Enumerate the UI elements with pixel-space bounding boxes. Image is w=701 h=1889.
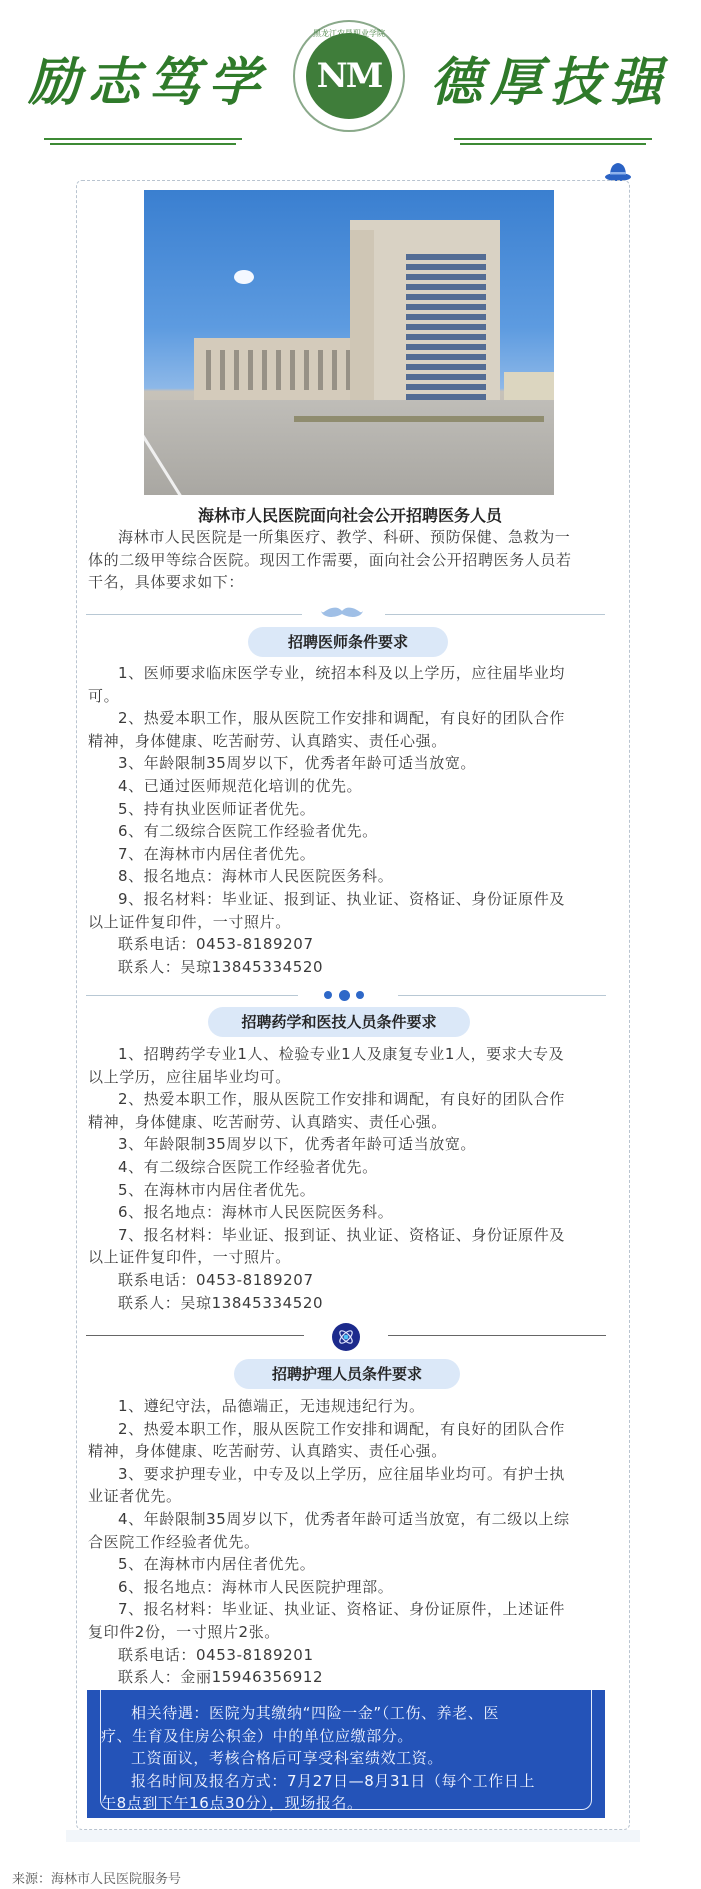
logo-ring-text: 黑龙江农垦职业学院	[295, 28, 403, 39]
requirement-line: 2、热爱本职工作，服从医院工作安排和调配，有良好的团队合作	[88, 707, 620, 730]
section-divider-right	[398, 995, 606, 996]
requirement-line: 5、在海林市内居住者优先。	[88, 1553, 620, 1576]
requirement-line: 1、医师要求临床医学专业，统招本科及以上学历，应往届毕业均	[88, 662, 620, 685]
benefit-line: 工资面议，考核合格后可享受科室绩效工资。	[101, 1747, 591, 1770]
requirement-line: 5、在海林市内居住者优先。	[88, 1179, 620, 1202]
atom-icon	[332, 1323, 360, 1351]
contact-person: 联系人：金丽15946356912	[88, 1666, 620, 1689]
section-divider-right	[388, 1335, 606, 1336]
requirement-line: 以上证件复印件，一寸照片。	[88, 1246, 620, 1269]
logo-letters: NM	[317, 56, 382, 96]
source-credit: 来源：海林市人民医院服务号	[12, 1868, 181, 1887]
header-banner: 励志笃学 黑龙江农垦职业学院 NM 德厚技强	[0, 0, 701, 130]
section-heading-pharmacy: 招聘药学和医技人员条件要求	[208, 1007, 470, 1037]
benefit-line: 相关待遇：医院为其缴纳“四险一金”（工伤、养老、医	[101, 1702, 591, 1725]
requirement-line: 2、热爱本职工作，服从医院工作安排和调配，有良好的团队合作	[88, 1418, 620, 1441]
requirement-line: 7、报名材料：毕业证、报到证、执业证、资格证、身份证原件及	[88, 1224, 620, 1247]
intro-line: 海林市人民医院是一所集医疗、教学、科研、预防保健、急救为一	[88, 526, 620, 549]
requirement-line: 可。	[88, 685, 620, 708]
requirement-line: 3、年龄限制35周岁以下，优秀者年龄可适当放宽。	[88, 752, 620, 775]
requirement-line: 3、要求护理专业，中专及以上学历，应往届毕业均可。有护士执	[88, 1463, 620, 1486]
requirement-line: 以上证件复印件，一寸照片。	[88, 911, 620, 934]
contact-person: 联系人：吴琼13845334520	[88, 1292, 620, 1315]
contact-phone: 联系电话：0453-8189201	[88, 1644, 620, 1667]
motto-left: 励志笃学	[28, 40, 268, 115]
contact-phone: 联系电话：0453-8189207	[88, 933, 620, 956]
requirement-line: 6、报名地点：海林市人民医院护理部。	[88, 1576, 620, 1599]
requirement-line: 8、报名地点：海林市人民医院医务科。	[88, 865, 620, 888]
requirement-line: 2、热爱本职工作，服从医院工作安排和调配，有良好的团队合作	[88, 1088, 620, 1111]
section-doctor-body: 1、医师要求临床医学专业，统招本科及以上学历，应往届毕业均 可。 2、热爱本职工…	[88, 662, 620, 978]
hospital-building-photo	[144, 190, 554, 495]
requirement-line: 4、年龄限制35周岁以下，优秀者年龄可适当放宽，有二级以上综	[88, 1508, 620, 1531]
dots-icon	[324, 990, 364, 1000]
requirement-line: 4、有二级综合医院工作经验者优先。	[88, 1156, 620, 1179]
benefit-line: 报名时间及报名方式：7月27日—8月31日（每个工作日上	[101, 1770, 591, 1793]
section-divider-left	[86, 1335, 304, 1336]
requirement-line: 7、在海林市内居住者优先。	[88, 843, 620, 866]
requirement-line: 精神，身体健康、吃苦耐劳、认真踏实、责任心强。	[88, 730, 620, 753]
logo-emblem: NM	[306, 33, 392, 119]
school-logo: 黑龙江农垦职业学院 NM	[293, 20, 405, 132]
requirement-line: 6、有二级综合医院工作经验者优先。	[88, 820, 620, 843]
section-divider-left	[86, 614, 302, 615]
intro-line: 干名，具体要求如下：	[88, 571, 620, 594]
motto-left-underline	[44, 138, 242, 140]
motto-right-underline-2	[460, 143, 646, 145]
requirement-line: 3、年龄限制35周岁以下，优秀者年龄可适当放宽。	[88, 1133, 620, 1156]
requirement-line: 精神，身体健康、吃苦耐劳、认真踏实、责任心强。	[88, 1440, 620, 1463]
intro-paragraph: 海林市人民医院是一所集医疗、教学、科研、预防保健、急救为一 体的二级甲等综合医院…	[88, 526, 620, 594]
requirement-line: 以上学历，应往届毕业均可。	[88, 1066, 620, 1089]
benefit-line: 午8点到下午16点30分），现场报名。	[101, 1792, 591, 1815]
benefits-text: 相关待遇：医院为其缴纳“四险一金”（工伤、养老、医 疗、生育及住房公积金）中的单…	[101, 1702, 591, 1815]
contact-person: 联系人：吴琼13845334520	[88, 956, 620, 979]
section-divider-right	[385, 614, 605, 615]
requirement-line: 1、遵纪守法，品德端正，无违规违纪行为。	[88, 1395, 620, 1418]
requirement-line: 合医院工作经验者优先。	[88, 1531, 620, 1554]
motto-right: 德厚技强	[430, 40, 670, 115]
requirement-line: 复印件2份，一寸照片2张。	[88, 1621, 620, 1644]
benefit-line: 疗、生育及住房公积金）中的单位应缴部分。	[101, 1725, 591, 1748]
section-pharmacy-body: 1、招聘药学专业1人、检验专业1人及康复专业1人，要求大专及 以上学历，应往届毕…	[88, 1043, 620, 1314]
contact-phone: 联系电话：0453-8189207	[88, 1269, 620, 1292]
motto-left-underline-2	[50, 143, 236, 145]
benefits-box: 相关待遇：医院为其缴纳“四险一金”（工伤、养老、医 疗、生育及住房公积金）中的单…	[87, 1690, 605, 1818]
hat-icon	[604, 160, 632, 182]
article-title: 海林市人民医院面向社会公开招聘医务人员	[80, 503, 620, 526]
requirement-line: 5、持有执业医师证者优先。	[88, 798, 620, 821]
requirement-line: 业证者优先。	[88, 1485, 620, 1508]
section-heading-doctor: 招聘医师条件要求	[248, 627, 448, 657]
requirement-line: 精神，身体健康、吃苦耐劳、认真踏实、责任心强。	[88, 1111, 620, 1134]
section-heading-nursing: 招聘护理人员条件要求	[234, 1359, 460, 1389]
motto-right-underline	[454, 138, 652, 140]
requirement-line: 7、报名材料：毕业证、执业证、资格证、身份证原件，上述证件	[88, 1598, 620, 1621]
requirement-line: 9、报名材料：毕业证、报到证、执业证、资格证、身份证原件及	[88, 888, 620, 911]
requirement-line: 4、已通过医师规范化培训的优先。	[88, 775, 620, 798]
card-bottom-shadow	[66, 1830, 640, 1842]
section-divider-left	[86, 995, 298, 996]
intro-line: 体的二级甲等综合医院。现因工作需要，面向社会公开招聘医务人员若	[88, 549, 620, 572]
requirement-line: 1、招聘药学专业1人、检验专业1人及康复专业1人，要求大专及	[88, 1043, 620, 1066]
section-nursing-body: 1、遵纪守法，品德端正，无违规违纪行为。 2、热爱本职工作，服从医院工作安排和调…	[88, 1395, 620, 1689]
requirement-line: 6、报名地点：海林市人民医院医务科。	[88, 1201, 620, 1224]
mustache-icon	[321, 606, 363, 620]
